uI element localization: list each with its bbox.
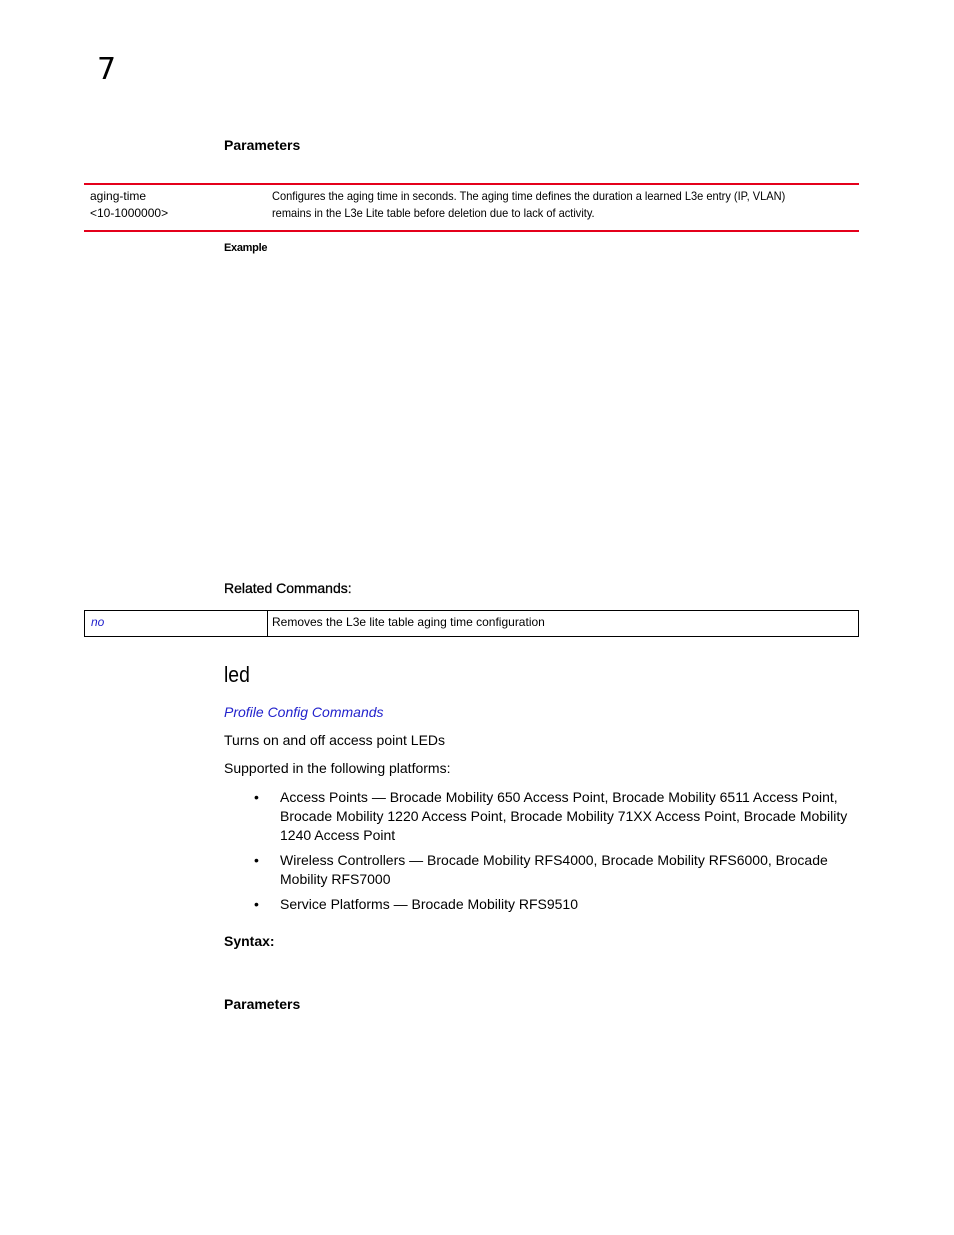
param-description-line: remains in the L3e Lite table before del…: [272, 205, 812, 222]
bullet-icon: •: [254, 788, 280, 845]
list-item: • Wireless Controllers — Brocade Mobilit…: [254, 851, 874, 889]
related-command-description: Removes the L3e lite table aging time co…: [268, 611, 858, 636]
table-row: aging-time <10-1000000> Configures the a…: [84, 185, 859, 230]
list-item: • Access Points — Brocade Mobility 650 A…: [254, 788, 874, 845]
syntax-heading: Syntax:: [224, 933, 275, 949]
command-description: Turns on and off access point LEDs: [224, 732, 445, 748]
platform-text: Service Platforms — Brocade Mobility RFS…: [280, 895, 874, 914]
platform-text: Access Points — Brocade Mobility 650 Acc…: [280, 788, 874, 845]
param-description-cell: Configures the aging time in seconds. Th…: [272, 188, 812, 222]
command-title: led: [224, 662, 250, 688]
example-heading: Example: [224, 242, 267, 254]
led-parameters-heading: Parameters: [224, 996, 300, 1012]
bullet-icon: •: [254, 851, 280, 889]
supported-platforms-intro: Supported in the following platforms:: [224, 760, 450, 776]
param-description-line: Configures the aging time in seconds. Th…: [272, 188, 812, 205]
parameters-table: aging-time <10-1000000> Configures the a…: [84, 183, 859, 232]
parameters-heading: Parameters: [224, 137, 300, 153]
related-command-link[interactable]: no: [85, 611, 268, 636]
param-name-cell: aging-time <10-1000000>: [84, 188, 272, 222]
param-name: aging-time: [90, 188, 272, 205]
bullet-icon: •: [254, 895, 280, 914]
chapter-number: 7: [97, 52, 116, 87]
related-commands-heading: Related Commands:: [224, 580, 352, 596]
related-commands-table: no Removes the L3e lite table aging time…: [84, 610, 859, 637]
param-range: <10-1000000>: [90, 205, 272, 222]
platform-text: Wireless Controllers — Brocade Mobility …: [280, 851, 874, 889]
platform-list: • Access Points — Brocade Mobility 650 A…: [254, 788, 874, 920]
list-item: • Service Platforms — Brocade Mobility R…: [254, 895, 874, 914]
profile-config-commands-link[interactable]: Profile Config Commands: [224, 704, 384, 720]
